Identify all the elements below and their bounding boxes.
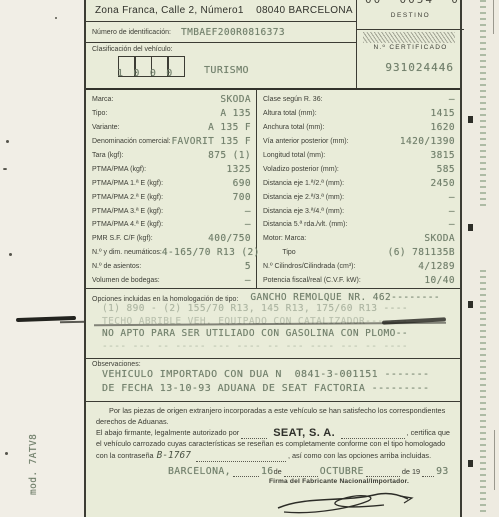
spec-value: 3815: [325, 150, 455, 161]
spec-label: Clase según R. 36:: [263, 96, 323, 103]
dotted-leader: [341, 430, 405, 439]
spec-label: N.º Cilindros/Cilindrada (cm³):: [263, 263, 355, 270]
spec-label: PTMA/PMA 1.ª E (kgf):: [92, 180, 163, 187]
certificate-number-value: 931024446: [385, 61, 454, 74]
spec-value: –: [160, 275, 251, 286]
spec-value: 4-165/70 R13 (2): [162, 247, 260, 258]
spec-row: Distancia eje 3.ª/4.ª (mm):–: [257, 204, 460, 218]
spec-label: Distancia eje 1.ª/2.ª (mm):: [263, 180, 344, 187]
certification-section: Por las piezas de origen extranjero inco…: [86, 402, 460, 517]
spec-value: (6) 781135B: [296, 247, 455, 258]
code-line: con la contraseña B-1767 , así como con …: [96, 450, 450, 462]
spec-value: –: [344, 192, 455, 203]
scan-speck: [55, 17, 57, 19]
dotted-leader: [422, 468, 434, 477]
signer-text-post: , certifica que: [407, 427, 450, 439]
spec-value: 1325: [146, 164, 251, 175]
spec-value: 1620: [324, 122, 455, 133]
conformity-line: el vehículo carrozado cuyas característi…: [96, 439, 450, 450]
spec-value: –: [163, 206, 251, 217]
spec-value: 1415: [317, 108, 455, 119]
spec-value: 2450: [344, 178, 455, 189]
spec-row: Altura total (mm):1415: [257, 107, 460, 121]
options-line-0: GANCHO REMOLQUE NR. 462--------: [250, 292, 440, 303]
destino-digits: 00 0054 0 M: [365, 0, 464, 6]
spec-row: N.º Cilindros/Cilindrada (cm³):4/1289: [257, 260, 460, 274]
spec-row: PMR S.F. C/F (kgf):400/750: [86, 232, 256, 246]
spec-label: Potencia fiscal/real (C.V.F. kW):: [263, 277, 361, 284]
code-text-post: , así como con las opciones arriba inclu…: [288, 450, 431, 462]
spec-value: SKODA: [306, 233, 455, 244]
vehicle-classification-row: Clasificación del vehículo: 1 0 0 0 TURI…: [86, 43, 357, 88]
signer-text-pre: El abajo firmante, legalmente autorizado…: [96, 427, 239, 439]
spec-label: Tara (kgf):: [92, 152, 124, 159]
spec-label: Motor: Marca:: [263, 235, 306, 242]
spec-label: PTMA/PMA (kgf):: [92, 166, 146, 173]
margin-tick: [468, 460, 473, 467]
certificate-number-box: N.º CERTIFICADO 931024446: [357, 30, 464, 88]
spec-label: Voladizo posterior (mm):: [263, 166, 339, 173]
scan-speck: [6, 140, 9, 143]
form-model-code: mod. 7ATV8: [28, 483, 88, 495]
scan-speck: [9, 253, 12, 256]
customs-paragraph-line-2: derechos de Aduanas.: [96, 417, 450, 428]
code-text-pre: con la contraseña: [96, 450, 154, 462]
company-name: SEAT, S. A.: [269, 427, 339, 439]
homologation-options-box: Opciones incluidas en la homologación de…: [86, 288, 460, 358]
spec-label: PTMA/PMA 2.ª E (kgf):: [92, 194, 163, 201]
spec-value: –: [323, 94, 455, 105]
spec-row: PTMA/PMA 2.ª E (kgf):700: [86, 190, 256, 204]
signer-line: El abajo firmante, legalmente autorizado…: [96, 427, 450, 439]
handwritten-signature: [272, 486, 422, 517]
spec-value: FAVORIT 135 F: [171, 136, 251, 147]
digit-box: 0: [167, 56, 185, 77]
spec-value: A 135: [107, 108, 251, 119]
observations-label: Observaciones:: [92, 361, 454, 368]
month-value: OCTUBRE: [320, 466, 364, 477]
spec-row: Tara (kgf):875 (1): [86, 149, 256, 163]
scan-edge-line: [493, 0, 494, 34]
scan-edge-line: [494, 430, 495, 490]
spec-value: 10/40: [361, 275, 455, 286]
vin-label: Número de identificación:: [92, 29, 171, 36]
spec-label: Distancia 5.ª rda./vlt. (mm):: [263, 221, 347, 228]
dotted-leader: [241, 430, 267, 439]
classification-digit: 0: [166, 68, 172, 79]
signature-caption: Firma del Fabricante Nacional/Importador…: [224, 478, 454, 485]
margin-tick: [468, 116, 473, 123]
spec-label: Longitud total (mm):: [263, 152, 325, 159]
spec-value: SKODA: [113, 94, 251, 105]
spec-label: Distancia eje 3.ª/4.ª (mm):: [263, 208, 344, 215]
vin-value: TMBAEF200R0816373: [181, 27, 285, 38]
spec-label: Altura total (mm):: [263, 110, 317, 117]
customs-paragraph-line-1: Por las piezas de origen extranjero inco…: [96, 406, 450, 417]
year-value: 93: [436, 466, 449, 477]
de-label: de: [274, 466, 282, 477]
spec-value: 875 (1): [124, 150, 251, 161]
margin-tick: [468, 301, 473, 308]
options-line-1: (1) 890 - (2) 155/70 R13, 145 R13, 175/6…: [102, 303, 454, 316]
classification-digit: 0: [150, 68, 156, 79]
spec-label: Distancia eje 2.ª/3.ª (mm):: [263, 194, 344, 201]
spec-value: –: [163, 219, 251, 230]
certificate-number-label: N.º CERTIFICADO: [357, 44, 464, 51]
classification-label: Clasificación del vehículo:: [92, 46, 173, 53]
spec-row: PTMA/PMA (kgf):1325: [86, 162, 256, 176]
spec-row: PTMA/PMA 1.ª E (kgf):690: [86, 176, 256, 190]
spec-row: Marca:SKODA: [86, 93, 256, 107]
spec-value: A 135 F: [120, 122, 252, 133]
spec-label: PTMA/PMA 4.ª E (kgf):: [92, 221, 163, 228]
city-value: BARCELONA,: [168, 466, 231, 477]
spec-value: 585: [339, 164, 455, 175]
spec-row: N.º de asientos:5: [86, 260, 256, 274]
spec-value: 5: [141, 261, 251, 272]
scan-margin-left: [0, 0, 84, 517]
spec-label: PMR S.F. C/F (kgf):: [92, 235, 153, 242]
spec-row: Volumen de bodegas:–: [86, 274, 256, 288]
classification-digit: 0: [133, 68, 139, 79]
homologation-code: B-1767: [154, 450, 194, 462]
vin-row: Número de identificación: TMBAEF200R0816…: [86, 22, 357, 43]
spec-label: Tipo: [263, 249, 296, 256]
spec-label: Variante:: [92, 124, 120, 131]
spec-row: Voladizo posterior (mm):585: [257, 162, 460, 176]
spec-row: Motor: Marca:SKODA: [257, 232, 460, 246]
year-prefix-label: de 19: [402, 466, 420, 477]
dotted-leader: [233, 468, 259, 477]
binder-perforation-marks: [480, 270, 486, 515]
binder-perforation-marks: [480, 0, 486, 210]
spec-row: Distancia eje 2.ª/3.ª (mm):–: [257, 190, 460, 204]
spec-row: PTMA/PMA 3.ª E (kgf):–: [86, 204, 256, 218]
spec-value: –: [347, 219, 455, 230]
scan-speck: [3, 168, 7, 170]
options-first-line: Opciones incluidas en la homologación de…: [92, 292, 454, 303]
spec-row: Distancia 5.ª rda./vlt. (mm):–: [257, 218, 460, 232]
destino-label: DESTINO: [357, 12, 464, 19]
dotted-leader: [284, 468, 318, 477]
spec-label: N.º de asientos:: [92, 263, 141, 270]
spec-label: Volumen de bodegas:: [92, 277, 160, 284]
spec-row: Longitud total (mm):3815: [257, 149, 460, 163]
spec-value: –: [344, 206, 455, 217]
spec-label: PTMA/PMA 3.ª E (kgf):: [92, 208, 163, 215]
classification-digit-boxes: 1 0 0 0: [118, 56, 184, 77]
manufacturer-address-box: Zona Franca, Calle 2, Número1 08040 BARC…: [86, 0, 357, 22]
spec-row: Tipo(6) 781135B: [257, 246, 460, 260]
spec-row: Potencia fiscal/real (C.V.F. kW):10/40: [257, 274, 460, 288]
scanned-certificate-page: mod. 7ATV8 Zona Franca, Calle 2, Número1…: [0, 0, 499, 517]
day-value: 16: [261, 466, 274, 477]
observation-line-1: VEHICULO IMPORTADO CON DUA N 0841-3-0011…: [102, 368, 454, 382]
spec-row: PTMA/PMA 4.ª E (kgf):–: [86, 218, 256, 232]
spec-row: Vía anterior posterior (mm):1420/1390: [257, 135, 460, 149]
scan-speck: [5, 452, 8, 455]
spec-label: Tipo:: [92, 110, 107, 117]
observation-line-2: DE FECHA 13-10-93 ADUANA DE SEAT FACTORI…: [102, 382, 454, 396]
spec-value: 400/750: [153, 233, 251, 244]
spec-row: N.º y dim. neumáticos:4-165/70 R13 (2): [86, 246, 256, 260]
spec-row: Tipo:A 135: [86, 107, 256, 121]
options-label: Opciones incluidas en la homologación de…: [92, 296, 238, 303]
spec-value: 700: [163, 192, 251, 203]
spec-column-right: Clase según R. 36:– Altura total (mm):14…: [257, 90, 460, 288]
specification-table: Marca:SKODA Tipo:A 135 Variante:A 135 F …: [86, 88, 460, 288]
spec-label: N.º y dim. neumáticos:: [92, 249, 162, 256]
spec-label: Vía anterior posterior (mm):: [263, 138, 349, 145]
stamp-shading: [363, 32, 455, 43]
header-right-column: 00 0054 0 M DESTINO N.º CERTIFICADO 9310…: [357, 0, 464, 88]
spec-value: 1420/1390: [349, 136, 455, 147]
date-line: BARCELONA, 16 de OCTUBRE de 19 93: [168, 466, 450, 477]
spec-value: 690: [163, 178, 251, 189]
classification-digit: 1: [117, 68, 123, 79]
spec-row: Anchura total (mm):1620: [257, 121, 460, 135]
spec-row: Clase según R. 36:–: [257, 93, 460, 107]
margin-tick: [468, 224, 473, 231]
spec-column-left: Marca:SKODA Tipo:A 135 Variante:A 135 F …: [86, 90, 257, 288]
vehicle-class-value: TURISMO: [204, 65, 249, 76]
options-line-4: ---- --- -- ----- --- ---- -- --- ---- -…: [102, 341, 454, 354]
spec-row: Distancia eje 1.ª/2.ª (mm):2450: [257, 176, 460, 190]
spec-label: Denominación comercial:: [92, 138, 171, 145]
homologation-certificate-form: Zona Franca, Calle 2, Número1 08040 BARC…: [84, 0, 462, 517]
spec-label: Marca:: [92, 96, 113, 103]
observations-box: Observaciones: VEHICULO IMPORTADO CON DU…: [86, 358, 460, 402]
spec-value: 4/1289: [355, 261, 455, 272]
dotted-leader: [196, 453, 286, 462]
spec-row: Variante:A 135 F: [86, 121, 256, 135]
options-line-3: NO APTO PARA SER UTILIADO CON GASOLINA C…: [102, 328, 454, 341]
spec-row: Denominación comercial:FAVORIT 135 F: [86, 135, 256, 149]
destino-box: 00 0054 0 M DESTINO: [357, 0, 464, 30]
dotted-leader: [366, 468, 400, 477]
spec-label: Anchura total (mm):: [263, 124, 324, 131]
manufacturer-address: Zona Franca, Calle 2, Número1 08040 BARC…: [95, 5, 353, 16]
